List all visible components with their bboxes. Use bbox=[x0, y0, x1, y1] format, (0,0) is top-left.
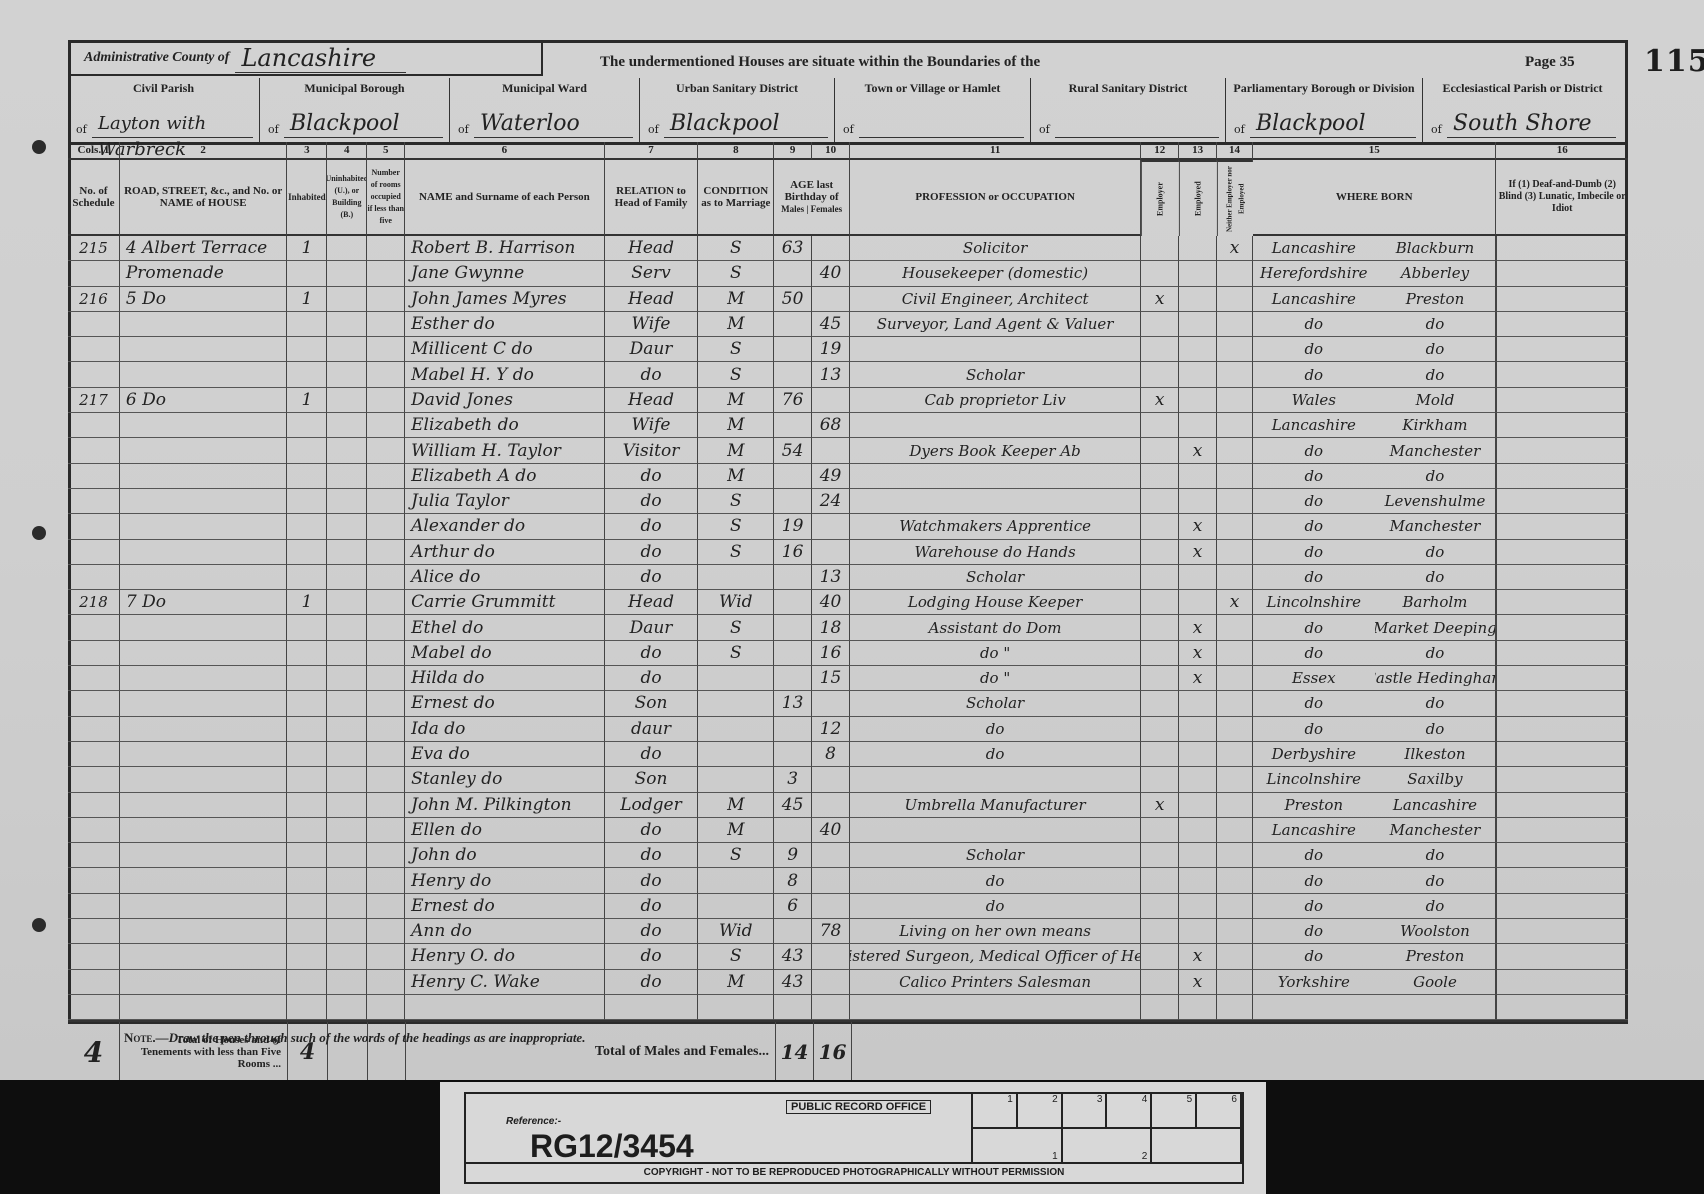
address-cell bbox=[120, 818, 288, 843]
employed-cell: x bbox=[1179, 438, 1217, 463]
name-cell: Ida do bbox=[405, 717, 605, 742]
rooms-cell bbox=[367, 565, 405, 590]
name-cell: Alice do bbox=[405, 565, 605, 590]
neither-cell bbox=[1217, 843, 1253, 868]
col-number: 10 bbox=[812, 142, 850, 160]
name-cell: David Jones bbox=[405, 388, 605, 413]
area-value bbox=[859, 111, 1024, 138]
condition-cell: M bbox=[698, 464, 774, 489]
name-cell: John do bbox=[405, 843, 605, 868]
address-cell bbox=[120, 919, 288, 944]
header-schedule: No. of Schedule bbox=[68, 160, 120, 236]
inhabited-cell bbox=[287, 843, 327, 868]
relation-cell: do bbox=[605, 818, 699, 843]
rooms-cell bbox=[367, 615, 405, 640]
condition-cell: M bbox=[698, 793, 774, 818]
reference-slip-frame: PUBLIC RECORD OFFICE Reference:- RG12/34… bbox=[464, 1092, 1244, 1184]
relation-cell: do bbox=[605, 970, 699, 995]
born-place-cell: Mold bbox=[1375, 388, 1497, 413]
rooms-cell bbox=[367, 894, 405, 919]
female-age-cell bbox=[812, 944, 850, 969]
condition-cell: S bbox=[698, 261, 774, 286]
col-number: 2 bbox=[120, 142, 288, 160]
born-county-cell: do bbox=[1253, 641, 1375, 666]
relation-cell: do bbox=[605, 641, 699, 666]
employed-cell: x bbox=[1179, 615, 1217, 640]
record-office-label: PUBLIC RECORD OFFICE bbox=[786, 1100, 931, 1114]
schedule-cell: 218 bbox=[68, 590, 120, 615]
infirmity-cell bbox=[1496, 944, 1628, 969]
born-county-cell: Lincolnshire bbox=[1253, 767, 1375, 792]
schedule-cell bbox=[68, 717, 120, 742]
uninhabited-cell bbox=[327, 742, 367, 767]
schedule-cell bbox=[68, 919, 120, 944]
born-county-cell: Derbyshire bbox=[1253, 742, 1375, 767]
condition-cell: M bbox=[698, 438, 774, 463]
female-age-cell: 19 bbox=[812, 337, 850, 362]
relation-cell: Head bbox=[605, 287, 699, 312]
rooms-cell bbox=[367, 995, 405, 1020]
uninhabited-cell bbox=[327, 691, 367, 716]
condition-cell bbox=[698, 868, 774, 893]
employer-cell bbox=[1141, 337, 1179, 362]
born-place-cell: do bbox=[1375, 565, 1497, 590]
col-number: 8 bbox=[698, 142, 774, 160]
condition-cell: S bbox=[698, 337, 774, 362]
condition-cell bbox=[698, 742, 774, 767]
condition-cell bbox=[698, 717, 774, 742]
employed-cell bbox=[1179, 717, 1217, 742]
uninhabited-cell bbox=[327, 464, 367, 489]
relation-cell: do bbox=[605, 919, 699, 944]
rooms-cell bbox=[367, 767, 405, 792]
employed-cell bbox=[1179, 818, 1217, 843]
condition-cell: S bbox=[698, 540, 774, 565]
employed-cell bbox=[1179, 919, 1217, 944]
condition-cell: M bbox=[698, 413, 774, 438]
born-county-cell: do bbox=[1253, 540, 1375, 565]
female-age-cell: 45 bbox=[812, 312, 850, 337]
inhabited-cell bbox=[287, 818, 327, 843]
neither-cell bbox=[1217, 287, 1253, 312]
male-age-cell: 45 bbox=[774, 793, 812, 818]
female-age-cell: 40 bbox=[812, 261, 850, 286]
female-age-cell: 40 bbox=[812, 818, 850, 843]
male-age-cell: 50 bbox=[774, 287, 812, 312]
inhabited-cell bbox=[287, 464, 327, 489]
occupation-cell bbox=[850, 818, 1141, 843]
condition-cell bbox=[698, 691, 774, 716]
born-place-cell: Lancashire bbox=[1375, 793, 1497, 818]
infirmity-cell bbox=[1496, 287, 1628, 312]
relation-cell: Daur bbox=[605, 615, 699, 640]
employer-cell: x bbox=[1141, 287, 1179, 312]
female-age-cell: 49 bbox=[812, 464, 850, 489]
inhabited-cell: 1 bbox=[287, 236, 327, 261]
totals-blank bbox=[852, 1022, 1628, 1082]
col-number: 11 bbox=[850, 142, 1141, 160]
infirmity-cell bbox=[1496, 767, 1628, 792]
occupation-cell: do " bbox=[850, 641, 1141, 666]
schedule-cell bbox=[68, 843, 120, 868]
address-cell bbox=[120, 615, 288, 640]
male-age-cell bbox=[774, 362, 812, 387]
address-cell bbox=[120, 337, 288, 362]
address-cell bbox=[120, 868, 288, 893]
uninhabited-cell bbox=[327, 793, 367, 818]
relation-cell: Visitor bbox=[605, 438, 699, 463]
area-label: Parliamentary Borough or Division bbox=[1226, 78, 1422, 95]
infirmity-cell bbox=[1496, 565, 1628, 590]
employed-cell bbox=[1179, 590, 1217, 615]
reference-label: Reference:- bbox=[506, 1116, 561, 1127]
female-age-cell: 12 bbox=[812, 717, 850, 742]
rooms-cell bbox=[367, 742, 405, 767]
employed-cell bbox=[1179, 894, 1217, 919]
occupation-cell: do bbox=[850, 894, 1141, 919]
employer-cell bbox=[1141, 413, 1179, 438]
infirmity-cell bbox=[1496, 691, 1628, 716]
uninhabited-cell bbox=[327, 413, 367, 438]
area-value: Blackpool bbox=[1250, 111, 1416, 138]
employer-cell bbox=[1141, 818, 1179, 843]
schedule-cell bbox=[68, 261, 120, 286]
female-age-cell bbox=[812, 843, 850, 868]
occupation-cell: Dyers Book Keeper Ab bbox=[850, 438, 1141, 463]
rooms-cell bbox=[367, 793, 405, 818]
male-age-cell: 3 bbox=[774, 767, 812, 792]
relation-cell: do bbox=[605, 666, 699, 691]
occupation-cell bbox=[850, 489, 1141, 514]
col-number: 6 bbox=[405, 142, 604, 160]
uninhabited-cell bbox=[327, 868, 367, 893]
female-age-cell bbox=[812, 793, 850, 818]
male-age-cell bbox=[774, 590, 812, 615]
census-table: Cols. 1 2 3 4 5 6 7 8 9 10 11 12 13 14 1… bbox=[68, 142, 1628, 1082]
born-county-cell: Preston bbox=[1253, 793, 1375, 818]
of-label: of bbox=[1234, 123, 1245, 136]
table-row: Ernest doSon13Scholardodo bbox=[68, 691, 1628, 716]
born-county-cell: do bbox=[1253, 615, 1375, 640]
neither-cell bbox=[1217, 489, 1253, 514]
schedule-cell bbox=[68, 868, 120, 893]
header-females: Females bbox=[811, 204, 843, 214]
occupation-cell: Scholar bbox=[850, 362, 1141, 387]
address-cell bbox=[120, 995, 288, 1020]
of-label: of bbox=[1431, 123, 1442, 136]
born-place-cell: do bbox=[1375, 312, 1497, 337]
relation-cell: Serv bbox=[605, 261, 699, 286]
employer-cell bbox=[1141, 691, 1179, 716]
condition-cell: Wid bbox=[698, 919, 774, 944]
infirmity-cell bbox=[1496, 540, 1628, 565]
name-cell: Carrie Grummitt bbox=[405, 590, 605, 615]
inhabited-cell bbox=[287, 514, 327, 539]
schedule-cell bbox=[68, 413, 120, 438]
uninhabited-cell bbox=[327, 489, 367, 514]
col-number: 15 bbox=[1253, 142, 1496, 160]
table-row: Elizabeth A dodoM49dodo bbox=[68, 464, 1628, 489]
relation-cell: Daur bbox=[605, 337, 699, 362]
uninhabited-cell bbox=[327, 438, 367, 463]
condition-cell: M bbox=[698, 388, 774, 413]
born-place-cell: Castle Hedingham bbox=[1375, 666, 1497, 691]
infirmity-cell bbox=[1496, 868, 1628, 893]
condition-cell bbox=[698, 995, 774, 1020]
column-number-row: Cols. 1 2 3 4 5 6 7 8 9 10 11 12 13 14 1… bbox=[68, 142, 1628, 160]
rooms-cell bbox=[367, 236, 405, 261]
uninhabited-cell bbox=[327, 944, 367, 969]
neither-cell bbox=[1217, 565, 1253, 590]
employer-cell bbox=[1141, 236, 1179, 261]
employed-cell bbox=[1179, 843, 1217, 868]
female-age-cell: 8 bbox=[812, 742, 850, 767]
name-cell: Alexander do bbox=[405, 514, 605, 539]
table-row: 2187 Do1Carrie GrummittHeadWid40Lodging … bbox=[68, 590, 1628, 615]
neither-cell bbox=[1217, 919, 1253, 944]
male-age-cell bbox=[774, 489, 812, 514]
census-rows: 2154 Albert Terrace1Robert B. HarrisonHe… bbox=[68, 236, 1628, 1020]
female-age-cell bbox=[812, 767, 850, 792]
neither-cell: x bbox=[1217, 236, 1253, 261]
schedule-cell bbox=[68, 312, 120, 337]
infirmity-cell bbox=[1496, 413, 1628, 438]
male-age-cell bbox=[774, 261, 812, 286]
condition-cell: Wid bbox=[698, 590, 774, 615]
name-cell: Jane Gwynne bbox=[405, 261, 605, 286]
employer-cell bbox=[1141, 919, 1179, 944]
male-age-cell bbox=[774, 615, 812, 640]
relation-cell: do bbox=[605, 843, 699, 868]
born-county-cell: Essex bbox=[1253, 666, 1375, 691]
header-address: ROAD, STREET, &c., and No. or NAME of HO… bbox=[120, 160, 288, 236]
address-cell bbox=[120, 970, 288, 995]
born-place-cell: Abberley bbox=[1375, 261, 1497, 286]
schedule-cell bbox=[68, 514, 120, 539]
scale-mark: 3 bbox=[1063, 1094, 1108, 1127]
employed-cell bbox=[1179, 388, 1217, 413]
employer-cell bbox=[1141, 995, 1179, 1020]
occupation-cell: Assistant do Dom bbox=[850, 615, 1141, 640]
area-value: Blackpool bbox=[284, 111, 443, 138]
relation-cell: Head bbox=[605, 236, 699, 261]
relation-cell: Head bbox=[605, 590, 699, 615]
address-cell: 4 Albert Terrace bbox=[120, 236, 288, 261]
employed-cell bbox=[1179, 312, 1217, 337]
male-age-cell bbox=[774, 312, 812, 337]
male-age-cell bbox=[774, 641, 812, 666]
rooms-cell bbox=[367, 514, 405, 539]
female-age-cell: 15 bbox=[812, 666, 850, 691]
neither-cell bbox=[1217, 944, 1253, 969]
neither-cell bbox=[1217, 995, 1253, 1020]
address-cell bbox=[120, 691, 288, 716]
born-place-cell: Ilkeston bbox=[1375, 742, 1497, 767]
area-label: Ecclesiastical Parish or District bbox=[1423, 78, 1622, 95]
table-row: Esther doWifeM45Surveyor, Land Agent & V… bbox=[68, 312, 1628, 337]
male-age-cell: 43 bbox=[774, 970, 812, 995]
occupation-cell: Lodging House Keeper bbox=[850, 590, 1141, 615]
female-age-cell: 24 bbox=[812, 489, 850, 514]
occupation-cell bbox=[850, 337, 1141, 362]
born-place-cell: do bbox=[1375, 843, 1497, 868]
inhabited-cell: 1 bbox=[287, 287, 327, 312]
born-county-cell: do bbox=[1253, 717, 1375, 742]
male-age-cell: 8 bbox=[774, 868, 812, 893]
schedule-cell bbox=[68, 691, 120, 716]
occupation-cell bbox=[850, 464, 1141, 489]
female-age-cell bbox=[812, 438, 850, 463]
uninhabited-cell bbox=[327, 287, 367, 312]
name-cell: Elizabeth A do bbox=[405, 464, 605, 489]
condition-cell: M bbox=[698, 312, 774, 337]
col-number: 9 bbox=[774, 142, 812, 160]
employed-cell: x bbox=[1179, 666, 1217, 691]
infirmity-cell bbox=[1496, 818, 1628, 843]
schedule-cell bbox=[68, 464, 120, 489]
inhabited-cell bbox=[287, 995, 327, 1020]
born-place-cell: Goole bbox=[1375, 970, 1497, 995]
male-age-cell bbox=[774, 413, 812, 438]
schedule-cell bbox=[68, 540, 120, 565]
name-cell bbox=[405, 995, 605, 1020]
female-age-cell: 78 bbox=[812, 919, 850, 944]
uninhabited-cell bbox=[327, 666, 367, 691]
employer-cell bbox=[1141, 666, 1179, 691]
born-county-cell: Lancashire bbox=[1253, 287, 1375, 312]
address-cell: 5 Do bbox=[120, 287, 288, 312]
born-county-cell: Herefordshire bbox=[1253, 261, 1375, 286]
relation-cell: do bbox=[605, 868, 699, 893]
born-place-cell: Kirkham bbox=[1375, 413, 1497, 438]
neither-cell bbox=[1217, 767, 1253, 792]
female-age-cell: 18 bbox=[812, 615, 850, 640]
address-cell bbox=[120, 717, 288, 742]
inhabited-cell bbox=[287, 919, 327, 944]
employer-cell bbox=[1141, 944, 1179, 969]
neither-cell bbox=[1217, 742, 1253, 767]
neither-cell bbox=[1217, 666, 1253, 691]
name-cell: Mabel do bbox=[405, 641, 605, 666]
schedule-cell bbox=[68, 337, 120, 362]
born-place-cell: Manchester bbox=[1375, 514, 1497, 539]
neither-cell bbox=[1217, 641, 1253, 666]
table-row: Henry O. dodoS43Registered Surgeon, Medi… bbox=[68, 944, 1628, 969]
scale-mark: 2 bbox=[1063, 1129, 1153, 1162]
schedule-cell: 216 bbox=[68, 287, 120, 312]
male-age-cell: 16 bbox=[774, 540, 812, 565]
name-cell: John James Myres bbox=[405, 287, 605, 312]
header-neither: Neither Employer nor Employed bbox=[1217, 160, 1253, 236]
born-county-cell: do bbox=[1253, 691, 1375, 716]
born-place-cell: Barholm bbox=[1375, 590, 1497, 615]
female-age-cell bbox=[812, 540, 850, 565]
infirmity-cell bbox=[1496, 641, 1628, 666]
condition-cell bbox=[698, 894, 774, 919]
schedule-cell bbox=[68, 489, 120, 514]
footnote-text: —Draw the pen through such of the words … bbox=[156, 1030, 586, 1045]
relation-cell: Son bbox=[605, 691, 699, 716]
uninhabited-cell bbox=[327, 641, 367, 666]
of-label: of bbox=[268, 123, 279, 136]
table-row: Hilda dodo15do "xEssexCastle Hedingham bbox=[68, 666, 1628, 691]
rooms-cell bbox=[367, 691, 405, 716]
condition-cell bbox=[698, 767, 774, 792]
male-age-cell bbox=[774, 742, 812, 767]
col-number: 5 bbox=[367, 142, 405, 160]
male-age-cell: 54 bbox=[774, 438, 812, 463]
employed-cell: x bbox=[1179, 540, 1217, 565]
name-cell: William H. Taylor bbox=[405, 438, 605, 463]
col-number: 16 bbox=[1496, 142, 1628, 160]
schedule-cell bbox=[68, 742, 120, 767]
rooms-cell bbox=[367, 666, 405, 691]
schedule-cell bbox=[68, 666, 120, 691]
rooms-cell bbox=[367, 818, 405, 843]
table-row: Mabel H. Y dodoS13Scholardodo bbox=[68, 362, 1628, 387]
male-age-cell: 13 bbox=[774, 691, 812, 716]
address-cell bbox=[120, 666, 288, 691]
uninhabited-cell bbox=[327, 894, 367, 919]
of-label: of bbox=[458, 123, 469, 136]
address-cell bbox=[120, 894, 288, 919]
name-cell: Mabel H. Y do bbox=[405, 362, 605, 387]
condition-cell: S bbox=[698, 615, 774, 640]
employed-cell: x bbox=[1179, 641, 1217, 666]
table-row: 2176 Do1David JonesHeadM76Cab proprietor… bbox=[68, 388, 1628, 413]
rooms-cell bbox=[367, 868, 405, 893]
uninhabited-cell bbox=[327, 615, 367, 640]
name-cell: Elizabeth do bbox=[405, 413, 605, 438]
employed-cell bbox=[1179, 413, 1217, 438]
col-number: 14 bbox=[1217, 142, 1253, 160]
address-cell bbox=[120, 767, 288, 792]
inhabited-cell bbox=[287, 641, 327, 666]
occupation-cell: Civil Engineer, Architect bbox=[850, 287, 1141, 312]
rooms-cell bbox=[367, 717, 405, 742]
header-where-born: WHERE BORN bbox=[1253, 160, 1496, 236]
area-label: Urban Sanitary District bbox=[640, 78, 834, 95]
condition-cell: M bbox=[698, 970, 774, 995]
employed-cell: x bbox=[1179, 970, 1217, 995]
employed-cell bbox=[1179, 489, 1217, 514]
female-age-cell bbox=[812, 691, 850, 716]
employer-cell bbox=[1141, 514, 1179, 539]
born-place-cell: do bbox=[1375, 894, 1497, 919]
inhabited-cell bbox=[287, 970, 327, 995]
male-age-cell bbox=[774, 717, 812, 742]
employed-cell bbox=[1179, 565, 1217, 590]
occupation-cell: Scholar bbox=[850, 565, 1141, 590]
employed-cell bbox=[1179, 287, 1217, 312]
infirmity-cell bbox=[1496, 894, 1628, 919]
measurement-scale: 1 2 3 4 5 6 1 2 bbox=[971, 1094, 1242, 1162]
employed-cell bbox=[1179, 742, 1217, 767]
born-county-cell: Lancashire bbox=[1253, 236, 1375, 261]
infirmity-cell bbox=[1496, 793, 1628, 818]
uninhabited-cell bbox=[327, 767, 367, 792]
address-cell bbox=[120, 464, 288, 489]
born-place-cell: do bbox=[1375, 337, 1497, 362]
relation-cell: do bbox=[605, 742, 699, 767]
employer-cell bbox=[1141, 615, 1179, 640]
born-place-cell: do bbox=[1375, 868, 1497, 893]
employer-cell bbox=[1141, 312, 1179, 337]
relation-cell: Son bbox=[605, 767, 699, 792]
scale-mark: 6 bbox=[1197, 1094, 1242, 1127]
schedule-cell bbox=[68, 995, 120, 1020]
relation-cell: Wife bbox=[605, 413, 699, 438]
